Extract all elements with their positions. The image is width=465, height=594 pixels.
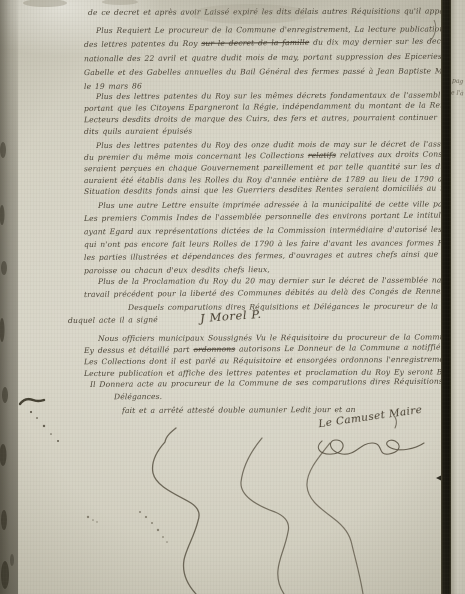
manuscript-line: les parties illustrées et dépendances de… — [84, 248, 444, 264]
manuscript-paragraph-lettres-patentes-onze-may: Plus des lettres patentes du Roy des onz… — [84, 140, 444, 198]
struck-text: relatifs — [308, 150, 336, 159]
adjacent-page-text-fragment: e l'à — [451, 90, 464, 98]
binding-shadow-left — [0, 0, 18, 594]
struck-text: sur le decret de la famille — [201, 38, 309, 48]
adjacent-page-text-fragment: pag — [452, 77, 464, 85]
gutter-line — [441, 0, 451, 594]
manuscript-paragraph-proclamation-du-roy: Plus de la Proclamation du Roy du 20 may… — [84, 275, 444, 301]
margin-ink-blot — [20, 399, 44, 404]
manuscript-text-block: de ce decret et après avoir Laissé expir… — [84, 0, 444, 470]
manuscript-paragraph-lettre-imprimee-municipalite: Plus une autre Lettre ensuite imprimée a… — [84, 200, 444, 277]
manuscript-paragraph-deliberation-officiers-municipaux: Nous officiers municipaux Soussignés Vu … — [84, 333, 444, 403]
struck-text: ordonnons — [193, 344, 235, 353]
manuscript-paragraph-lettres-patentes-regie: Plus des lettres patentes du Roy sur les… — [84, 91, 444, 138]
manuscript-line: Situation desdits fonds ainsi que les Gu… — [84, 183, 444, 198]
manuscript-line: de ce decret et après avoir Laissé expir… — [88, 4, 444, 20]
manuscript-paragraph-requisition-lettres-patentes-gabelles: Plus Requiert Le procureur de la Commune… — [84, 24, 444, 94]
manuscript-paragraph-opening-line: de ce decret et après avoir Laissé expir… — [84, 6, 444, 20]
smudge-marks — [87, 511, 168, 543]
manuscript-line: dits quils auraient épuisés — [84, 125, 444, 138]
manuscript-paragraph-comparutions-et-signature: Desquels comparutions dires Réquisitions… — [84, 301, 444, 327]
margin-ink-dots — [30, 411, 59, 442]
manuscript-line: travail précédent pour la liberté des Co… — [84, 285, 444, 301]
manuscript-page-photo: de ce decret et après avoir Laissé expir… — [0, 0, 465, 594]
manuscript-line: Délégances. — [114, 389, 444, 403]
